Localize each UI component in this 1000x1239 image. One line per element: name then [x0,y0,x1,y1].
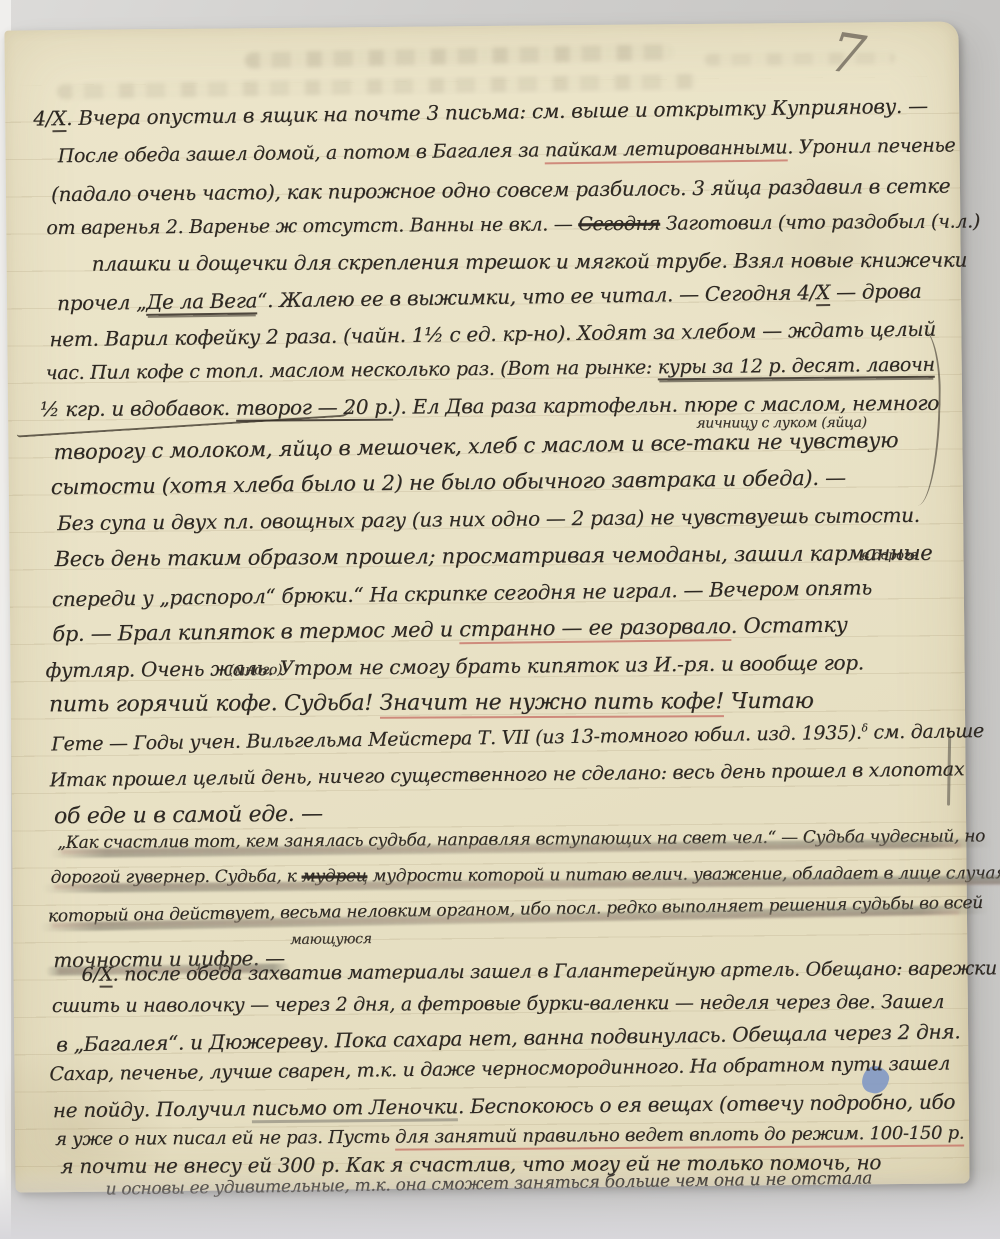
manuscript-page: 7 4/X. Вчера опустил в ящик на почте 3 п… [4,21,969,1192]
manuscript-line: пить горячий кофе. Судьба! Значит не нуж… [49,689,814,718]
manuscript-line: Гете — Годы учен. Вильгельма Мейстера Т.… [51,720,984,756]
text-run: Сахар, печенье, лучше сварен, т.к. и даж… [49,1052,950,1085]
text-run: дорогой гувернер. Судьба, к [51,867,302,888]
text-run: который она действует, весьма неловким о… [48,893,983,927]
text-u-ink: X [99,964,112,988]
text-run: от варенья 2. Варенье ж отсутст. Ванны н… [46,213,578,239]
text-run: Весь день таким образом прошел; просматр… [54,541,932,571]
manuscript-line: я уже о них писал ей не раз. Пусть для з… [55,1123,964,1151]
text-run: . Уронил печенье [787,134,955,158]
text-run: пить горячий кофе. Судьба! [49,691,380,718]
manuscript-line: сшить и наволочку — через 2 дня, а фетро… [52,991,944,1017]
text-run: — дрова [830,279,922,304]
text-run: (много) [229,662,283,678]
text-run: не пойду. Получил [53,1096,252,1122]
manuscript-line: плашки и дощечки для скрепления трешок и… [92,248,967,276]
manuscript-line: час. Пил кофе с топл. маслом несколько р… [46,354,935,385]
text-run: . Вчера опустил в ящик на почте 3 письма… [66,94,928,130]
text-run: прочел „ [57,290,146,315]
text-u-ink2: куры за 12 р. десят. лавочн [658,354,935,381]
manuscript-line: сытости (хотя хлеба было и 2) не было об… [51,466,846,500]
manuscript-line: в „Багалея“. и Дюжереву. Пока сахара нет… [56,1019,960,1056]
text-run: После обеда зашел домой, а потом в Багал… [58,139,546,167]
text-run: плашки и дощечки для скрепления трешок и… [92,248,967,276]
text-run: ½ кгр. и вдобавок. [40,396,236,421]
manuscript-line: После обеда зашел домой, а потом в Багал… [58,134,956,167]
text-u-red: странно — ее разорвало [459,614,731,644]
text-u-ink2: Де ла Вега [146,288,257,316]
text-run: „Как счастлив тот, кем занялась судьба, … [57,826,985,853]
text-run: мающуюся [290,931,372,948]
manuscript-line: дорогой гувернер. Судьба, к мудрец мудро… [51,863,1000,888]
text-u-pencil: письмо от Леночки [252,1094,458,1123]
text-run: Гете — Годы учен. Вильгельма Мейстера Т.… [51,722,862,756]
text-run: я уже о них писал ей не раз. Пусть [55,1127,395,1150]
manuscript-line: прочел „Де ла Вега“. Жалею ее в выжимки,… [57,279,922,316]
manuscript-line: который она действует, весьма неловким о… [48,893,983,927]
manuscript-line: Итак прошел целый день, ничего существен… [50,758,965,791]
text-run: нет. Варил кофейку 2 раза. (чайн. 1½ с е… [49,317,936,352]
text-run: (падало очень часто), как пирожное одно … [51,174,951,207]
text-u-ink: творог — 20 р. [236,395,393,422]
interlinear-insertion: в дороге [861,548,917,563]
manuscript-line: бр. — Брал кипяток в термос мед и странн… [52,613,847,647]
interlinear-insertion: мающуюся [290,931,372,948]
page-number: 7 [826,20,869,87]
manuscript-line: „Как счастлив тот, кем занялась судьба, … [57,826,985,853]
text-run: час. Пил кофе с топл. маслом несколько р… [46,356,658,384]
text-run: Без супа и двух пл. овощных рагу (из них… [57,503,920,535]
text-run: в „Багалея“. и Дюжереву. Пока сахара нет… [56,1019,960,1056]
manuscript-line: 4/X. Вчера опустил в ящик на почте 3 пис… [33,94,928,131]
text-run: об еде и в самой еде. — [54,802,323,830]
text-run: творогу с молоком, яйцо в мешочек, хлеб … [53,428,898,464]
text-run: 6/ [81,964,99,986]
text-run: бр. — Брал кипяток в термос мед и [52,617,459,646]
text-run: Заготовил (что раздобыл (ч.л.) [660,210,980,234]
text-u-ink: X [52,106,66,132]
manuscript-line: от варенья 2. Варенье ж отсутст. Ванны н… [46,210,980,239]
text-run: Итак прошел целый день, ничего существен… [50,758,965,791]
manuscript-line: футляр. Очень жаль. Утром не смогу брать… [45,650,863,682]
text-strike: Сегодня [578,213,660,236]
text-run: 4/ [797,280,816,304]
text-u-red: Значит не нужно пить кофе! [379,689,723,719]
text-u-red: пайкам летированными [545,136,788,164]
text-run: мудрости которой и питаю велич. уважение… [367,863,1000,886]
text-u-red: для занятий правильно ведет вплоть до ре… [395,1123,964,1151]
manuscript-line: (падало очень часто), как пирожное одно … [51,174,951,207]
ink-bleed-through [245,44,675,69]
text-u-ink: X [816,280,830,306]
manuscript-line: об еде и в самой еде. — [54,802,323,830]
ink-bleed-through [705,52,895,66]
text-run: Читаю [724,689,814,714]
text-run: “. Жалею ее в выжимки, что ее читал. — С… [257,281,797,313]
scanned-manuscript: 7 4/X. Вчера опустил в ящик на почте 3 п… [0,0,1000,1239]
text-strike: мудрец [301,866,367,886]
text-run: . Остатку [731,613,848,638]
text-run: сшить и наволочку — через 2 дня, а фетро… [52,991,944,1017]
manuscript-line: Без супа и двух пл. овощных рагу (из них… [57,503,920,535]
text-run: футляр. Очень жаль. Утром не смогу брать… [45,650,863,682]
ink-bleed-through [57,74,697,100]
manuscript-line: творогу с молоком, яйцо в мешочек, хлеб … [53,428,898,464]
manuscript-line: Сахар, печенье, лучше сварен, т.к. и даж… [49,1052,950,1085]
text-run: см. дальше [867,720,984,744]
manuscript-line: не пойду. Получил письмо от Леночки. Бес… [53,1090,956,1123]
text-run: в дороге [861,548,917,563]
interlinear-insertion: (много) [229,662,283,678]
handwritten-text: 4/X. Вчера опустил в ящик на почте 3 пис… [4,21,958,30]
manuscript-line: спереди у „распорол“ брюки.“ На скрипке … [52,575,872,611]
text-run: 4/ [33,106,52,130]
text-run: сытости (хотя хлеба было и 2) не было об… [51,466,846,500]
text-run: спереди у „распорол“ брюки.“ На скрипке … [52,575,872,611]
manuscript-line: нет. Варил кофейку 2 раза. (чайн. 1½ с е… [49,317,936,352]
paper-stain [706,142,948,344]
text-run: . Беспокоюсь о ея вещах (отвечу подробно… [458,1090,955,1119]
manuscript-line: Весь день таким образом прошел; просматр… [54,541,932,571]
